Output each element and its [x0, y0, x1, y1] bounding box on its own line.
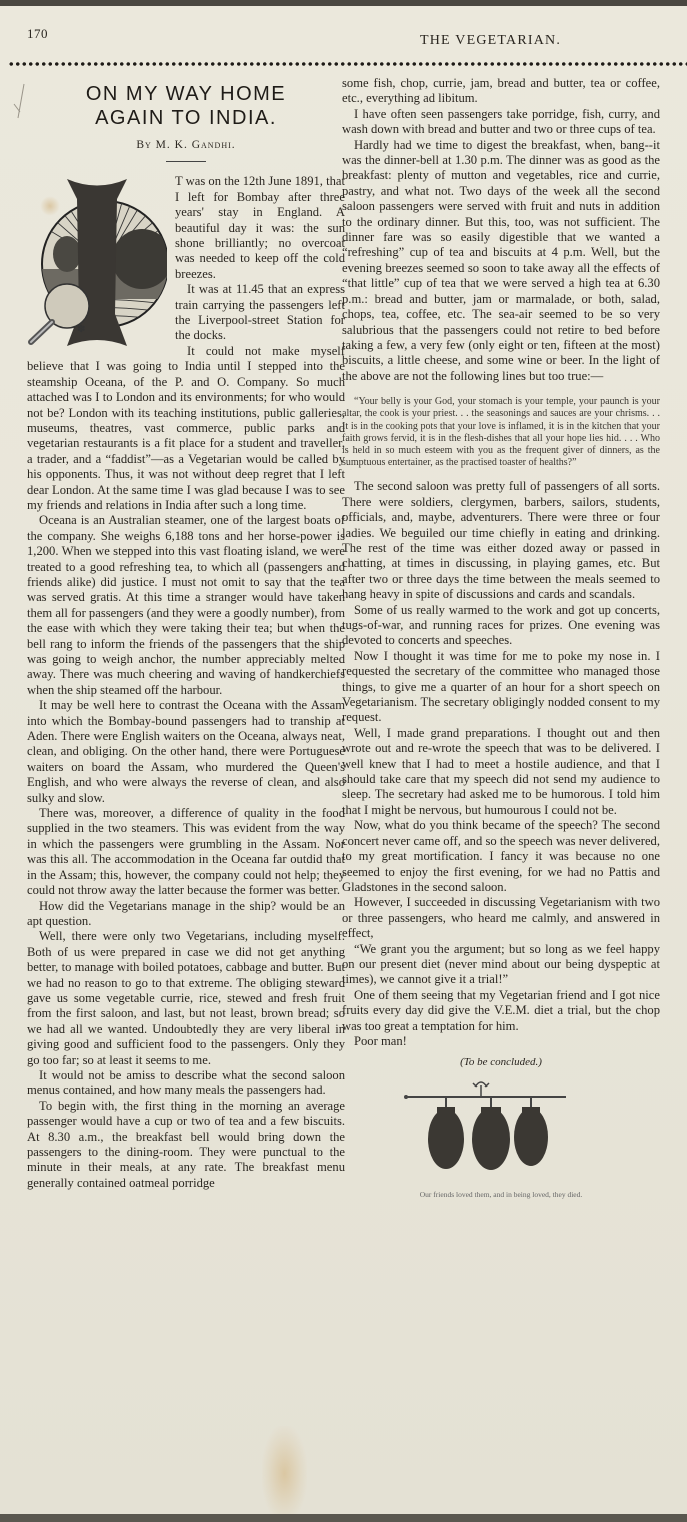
paragraph: To begin with, the first thing in the mo… [27, 1099, 345, 1191]
svg-text:✽: ✽ [77, 324, 85, 335]
to-be-concluded-note: (To be concluded.) [342, 1055, 660, 1070]
block-quote: “Your belly is your God, your stomach is… [342, 396, 660, 469]
dotted-rule-divider [8, 62, 687, 66]
paragraph: It could not make myself believe that I … [27, 344, 345, 513]
page-number: 170 [27, 26, 48, 42]
paragraph: Poor man! [342, 1034, 660, 1049]
right-column: some fish, chop, currie, jam, bread and … [342, 76, 660, 1202]
paragraph: Some of us really warmed to the work and… [342, 603, 660, 649]
paragraph: some fish, chop, currie, jam, bread and … [342, 76, 660, 107]
paragraph: There was, moreover, a difference of qua… [27, 806, 345, 898]
title-rule [166, 161, 206, 162]
paragraph: One of them seeing that my Vegetarian fr… [342, 988, 660, 1034]
hanging-birds-vignette [401, 1077, 601, 1187]
byline: By M. K. Gandhi. [27, 138, 345, 153]
magazine-page: 170 THE VEGETARIAN. ON MY WAY HOME AGAIN… [0, 6, 687, 1514]
paragraph: Now I thought it was time for me to poke… [342, 649, 660, 726]
paragraph: “We grant you the argument; but so long … [342, 942, 660, 988]
dropcap-illustration: ✽ [27, 174, 167, 349]
paragraph: The second saloon was pretty full of pas… [342, 479, 660, 602]
hanging-game-birds-icon [401, 1077, 601, 1187]
title-line-1: ON MY WAY HOME [27, 82, 345, 106]
running-head: THE VEGETARIAN. [420, 33, 561, 49]
paragraph: However, I succeeded in discussing Veget… [342, 895, 660, 941]
paper-stain [262, 1426, 307, 1521]
scan-bottom-edge [0, 1514, 687, 1522]
vignette-caption: Our friends loved them, and in being lov… [342, 1187, 660, 1202]
paragraph: Well, I made grand preparations. I thoug… [342, 726, 660, 818]
article-title: ON MY WAY HOME AGAIN TO INDIA. [27, 82, 345, 130]
title-line-2: AGAIN TO INDIA. [27, 106, 345, 130]
paragraph: Now, what do you think became of the spe… [342, 818, 660, 895]
paragraph: I have often seen passengers take porrid… [342, 107, 660, 138]
paragraph: Well, there were only two Vegetarians, i… [27, 929, 345, 1068]
paragraph: It would not be amiss to describe what t… [27, 1068, 345, 1099]
paragraph: Hardly had we time to digest the breakfa… [342, 138, 660, 385]
left-column: ON MY WAY HOME AGAIN TO INDIA. By M. K. … [27, 76, 345, 1191]
decorative-dropcap-i-icon: ✽ [27, 174, 167, 349]
paragraph: It may be well here to contrast the Ocea… [27, 698, 345, 806]
paragraph: How did the Vegetarians manage in the sh… [27, 899, 345, 930]
quote-text: “Your belly is your God, your stomach is… [342, 396, 660, 469]
paragraph: Oceana is an Australian steamer, one of … [27, 513, 345, 698]
